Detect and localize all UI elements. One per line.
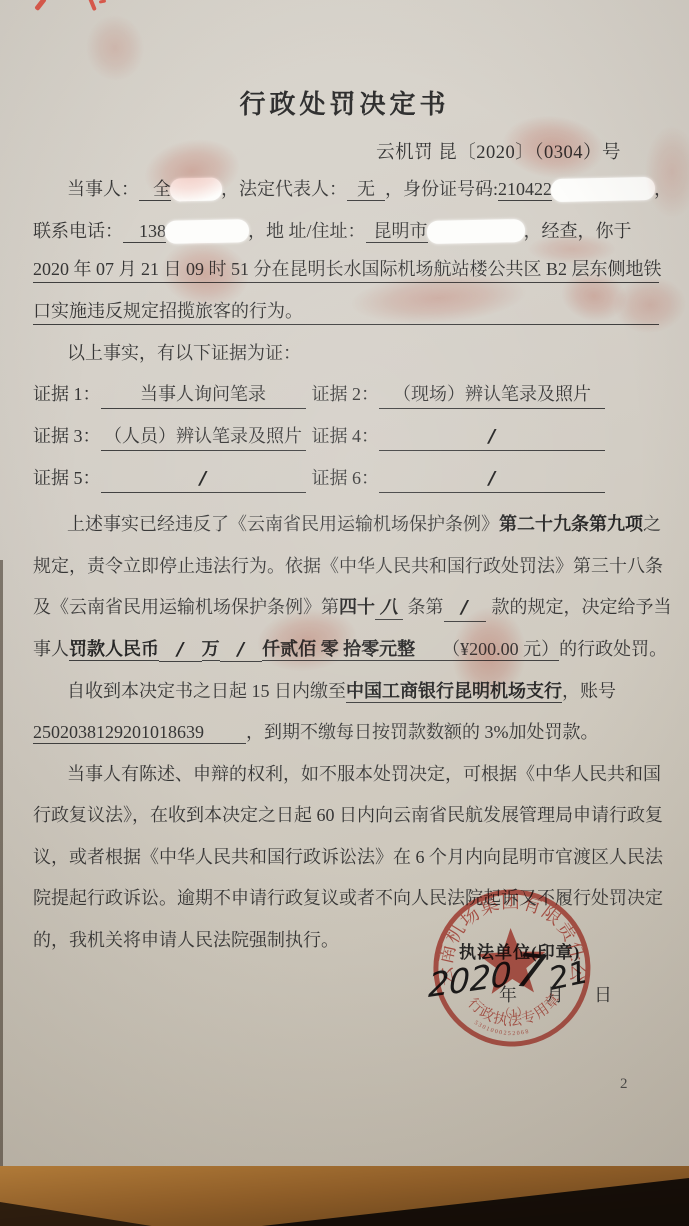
cutoff-red-handwriting-mark: [99, 0, 106, 4]
fingerprint-smudge: [83, 13, 147, 84]
cutoff-red-handwriting-mark: [34, 0, 47, 11]
document-line: 当事人有陈述、申辩的权利，如不服本处罚决定，可根据《中华人民共和国: [33, 762, 659, 787]
document-line: 口实施违反规定招揽旅客的行为。: [33, 299, 659, 325]
form-blank-text: 八: [375, 597, 403, 620]
redaction-whiteout: [426, 219, 524, 244]
text-segment: 款的规定，决定给予当: [492, 597, 672, 617]
form-blank-text: （¥200.00 元）: [415, 639, 559, 661]
document-line: 当事人：全，法定代表人：无，身份证号码:210422，: [33, 172, 659, 197]
document-number: 云机罚 昆〔2020〕（0304）号: [376, 138, 621, 164]
form-blank-text: /: [159, 639, 202, 662]
redaction-whiteout: [551, 177, 655, 202]
document-line: 2502038129201018639，到期不缴每日按罚款数额的 3%加处罚款。: [33, 720, 659, 745]
document-line: 规定，责令立即停止违法行为。依据《中华人民共和国行政处罚法》第三十八条: [33, 554, 659, 579]
text-segment: 第二十九条第九项: [499, 514, 643, 534]
document-line: 议，或者根据《中华人民共和国行政诉讼法》在 6 个月内向昆明市官渡区人民法: [33, 845, 659, 870]
document-line: 证据 5：/证据 6：/: [33, 466, 659, 491]
text-segment: 的，我机关将申请人民法院强制执行。: [33, 930, 339, 950]
form-blank-text: /: [379, 424, 605, 451]
cutoff-red-handwriting-mark: [87, 0, 97, 11]
text-segment: 联系电话：: [33, 221, 123, 241]
text-segment: ，账号: [562, 681, 616, 701]
text-segment: 证据 6：: [312, 468, 380, 488]
text-segment: 事人: [33, 639, 69, 659]
seal-star-icon: [476, 927, 547, 994]
text-segment: 规定，责令立即停止违法行为。依据《中华人民共和国行政处罚法》第三十八条: [33, 556, 663, 576]
text-segment: 条第: [403, 597, 444, 617]
form-blank-text: 210422: [498, 179, 552, 201]
text-segment: ，到期不缴每日按罚款数额的 3%加处罚款。: [246, 722, 599, 742]
text-segment: 证据 5：: [33, 468, 101, 488]
text-segment: ，法定代表人：: [221, 179, 347, 199]
paper-edge-shadow: [0, 560, 3, 1170]
form-blank-text: （现场）辨认笔录及照片: [379, 382, 605, 409]
text-segment: 及《云南省民用运输机场保护条例》第: [33, 597, 339, 617]
text-segment: 2020 年 07 月 21 日 09 时 51 分在昆明长水国际机场航站楼公共…: [33, 259, 662, 279]
text-segment: 行政复议法》，在收到本决定之日起 60 日内向云南省民航发展管理局申请行政复: [33, 805, 663, 825]
text-segment: 自收到本决定书之日起 15 日内缴至: [67, 681, 346, 701]
form-blank-text: /: [444, 595, 486, 622]
text-segment: 之: [643, 514, 661, 534]
text-segment: ，经查，你于: [524, 221, 632, 241]
text-segment: ，: [654, 179, 672, 199]
form-blank-text: 万: [202, 639, 220, 661]
form-blank-text: 罚款人民币: [69, 639, 159, 661]
document-line: 证据 1：当事人询问笔录证据 2：（现场）辨认笔录及照片: [33, 382, 659, 407]
redaction-whiteout: [165, 219, 249, 244]
text-segment: ，地 址/住址：: [248, 221, 366, 241]
text-segment: 以上事实，有以下证据为证：: [67, 343, 301, 363]
text-segment: 上述事实已经违反了《云南省民用运输机场保护条例》: [67, 514, 499, 534]
paper-sheet: 行政处罚决定书 云机罚 昆〔2020〕（0304）号 当事人：全，法定代表人：无…: [0, 0, 689, 1170]
document-line: 事人罚款人民币 / 万 / 仟贰佰 零 拾零元整 （¥200.00 元）的行政处…: [33, 637, 659, 662]
document-title: 行政处罚决定书: [0, 84, 689, 121]
form-blank-text: （人员）辨认笔录及照片: [101, 424, 306, 451]
official-seal: 云南机场集团有限责任公司 行政执法专用章 5301000252068 （1）: [419, 877, 605, 1063]
form-blank-text: 无: [347, 179, 385, 201]
page-number: 2: [620, 1076, 628, 1093]
document-photo: 行政处罚决定书 云机罚 昆〔2020〕（0304）号 当事人：全，法定代表人：无…: [0, 0, 689, 1226]
document-line: 自收到本决定书之日起 15 日内缴至中国工商银行昆明机场支行，账号: [33, 679, 659, 704]
text-segment: 的行政处罚。: [559, 639, 667, 659]
text-segment: 证据 3：: [33, 426, 101, 446]
form-blank-text: 中国工商银行昆明机场支行: [346, 681, 562, 703]
text-segment: 证据 2：: [312, 384, 380, 404]
document-line: 及《云南省民用运输机场保护条例》第四十八 条第/款的规定，决定给予当: [33, 595, 659, 620]
form-blank-text: 全: [139, 179, 171, 201]
text-segment: ，身份证号码:: [385, 179, 498, 199]
form-blank-text: /: [101, 466, 306, 493]
form-blank-text: 当事人询问笔录: [101, 382, 306, 409]
document-line: 以上事实，有以下证据为证：: [33, 341, 659, 366]
text-segment: 证据 1：: [33, 384, 101, 404]
text-segment: 当事人：: [67, 179, 139, 199]
form-blank-text: 2502038129201018639: [33, 722, 246, 744]
document-line: 2020 年 07 月 21 日 09 时 51 分在昆明长水国际机场航站楼公共…: [33, 257, 659, 283]
redaction-whiteout: [170, 177, 222, 201]
text-segment: 当事人有陈述、申辩的权利，如不服本处罚决定，可根据《中华人民共和国: [67, 764, 661, 784]
document-line: 证据 3：（人员）辨认笔录及照片证据 4：/: [33, 424, 659, 449]
document-line: 上述事实已经违反了《云南省民用运输机场保护条例》第二十九条第九项之: [33, 512, 659, 537]
text-segment: 证据 4：: [312, 426, 380, 446]
text-segment: 议，或者根据《中华人民共和国行政诉讼法》在 6 个月内向昆明市官渡区人民法: [33, 847, 663, 867]
form-blank-text: /: [379, 466, 605, 493]
text-segment: 口实施违反规定招揽旅客的行为。: [33, 301, 303, 321]
form-blank-text: /: [220, 639, 263, 662]
form-blank-text: 仟贰佰 零 拾零元整: [262, 639, 415, 661]
form-blank-text: 昆明市: [366, 221, 428, 243]
document-line: 联系电话：138，地 址/住址：昆明市，经查，你于: [33, 214, 659, 239]
text-segment: 四十: [339, 597, 375, 617]
form-blank-text: 138: [123, 221, 166, 243]
document-line: 行政复议法》，在收到本决定之日起 60 日内向云南省民航发展管理局申请行政复: [33, 803, 659, 828]
seal-index-number: （1）: [498, 1005, 528, 1020]
